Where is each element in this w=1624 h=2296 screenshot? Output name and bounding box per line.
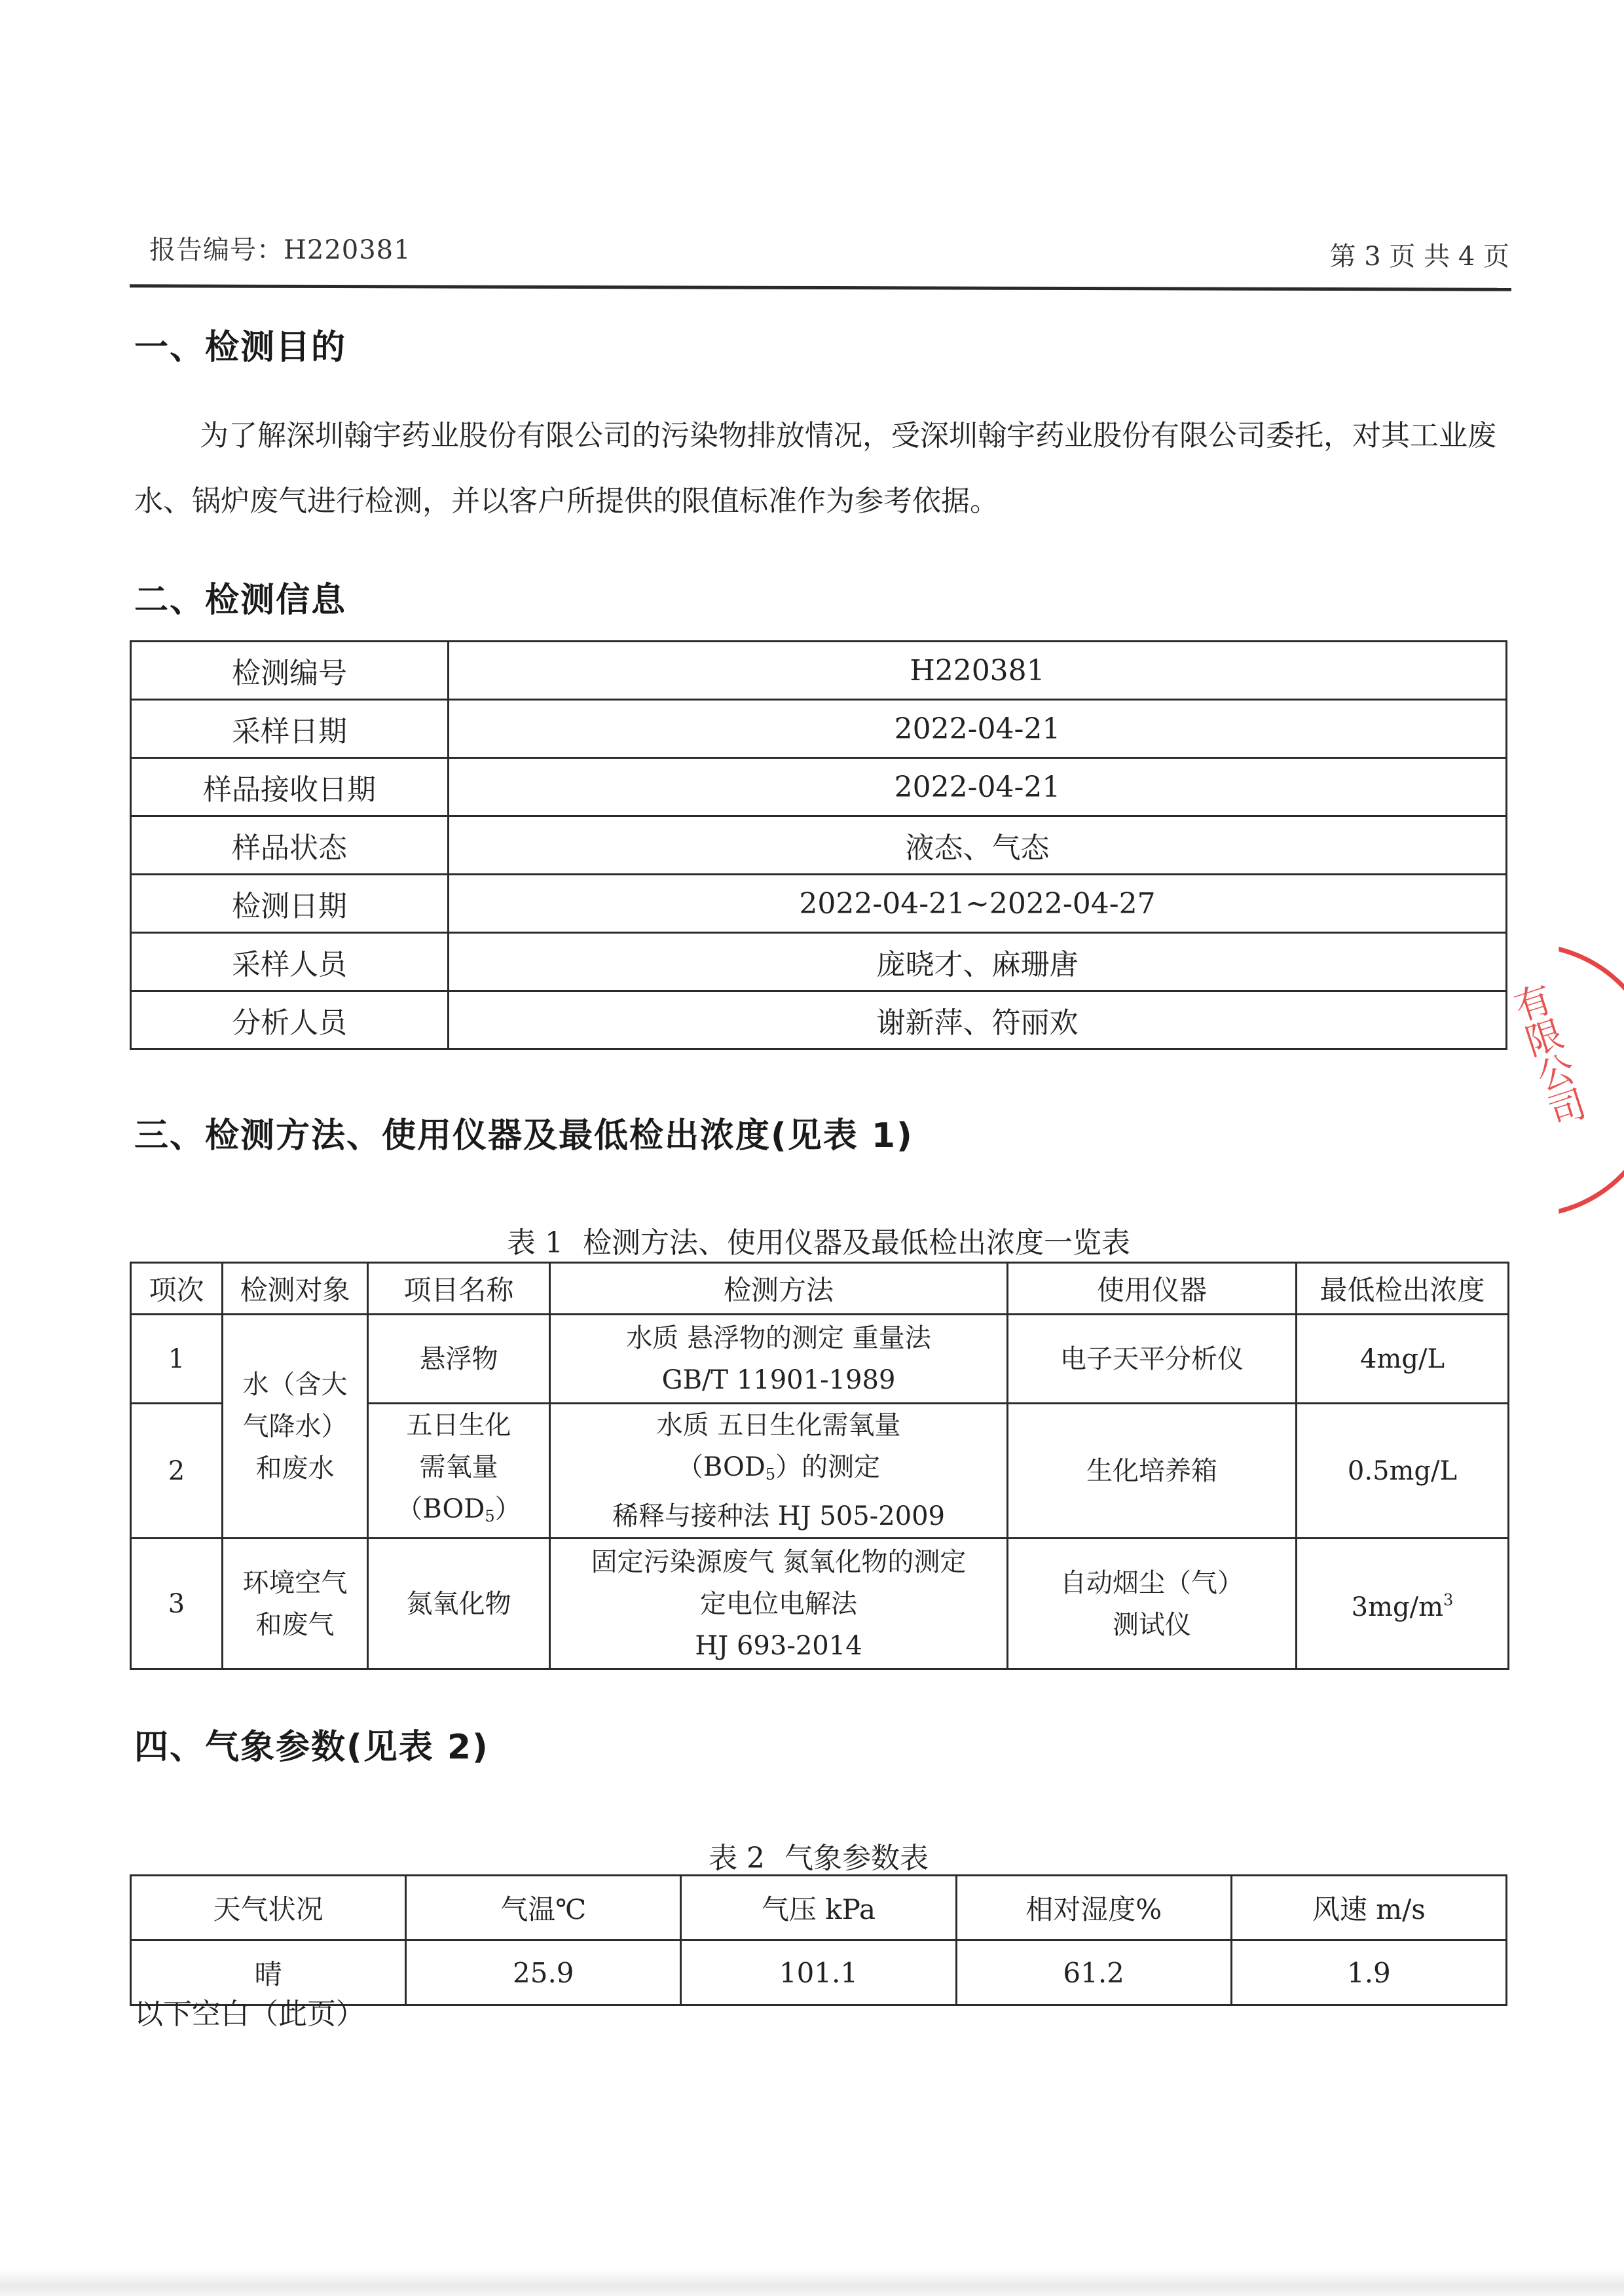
scan-page-edge xyxy=(0,2270,1624,2296)
info-label: 检测日期 xyxy=(131,875,449,933)
purpose-paragraph: 为了解深圳翰宇药业股份有限公司的污染物排放情况，受深圳翰宇药业股份有限公司委托，… xyxy=(134,403,1509,534)
row-object: 环境空气 和废气 xyxy=(223,1539,368,1669)
table2-caption-number: 表 2 xyxy=(709,1842,765,1875)
info-value: 2022-04-21~2022-04-27 xyxy=(449,875,1507,933)
table-row: 3 环境空气 和废气 氮氧化物 固定污染源废气 氮氧化物的测定 定电位电解法 H… xyxy=(131,1539,1509,1669)
table1-caption-number: 表 1 xyxy=(507,1226,563,1260)
method-line: 固定污染源废气 氮氧化物的测定 xyxy=(555,1541,1003,1583)
section-title-methods: 三、检测方法、使用仪器及最低检出浓度(见表 1) xyxy=(134,1108,913,1157)
subscript: 5 xyxy=(766,1465,775,1484)
method-line: 定电位电解法 xyxy=(555,1583,1003,1625)
table1-caption: 表 1检测方法、使用仪器及最低检出浓度一览表 xyxy=(130,1219,1507,1261)
item-line: 五日生化 xyxy=(373,1404,545,1446)
info-value: 液态、气态 xyxy=(449,816,1507,875)
item-line: 氮氧化物 xyxy=(373,1583,545,1625)
method-line: 水质 五日生化需氧量 xyxy=(555,1404,1003,1446)
table-row: 检测日期2022-04-21~2022-04-27 xyxy=(131,875,1507,933)
object-line: 环境空气 xyxy=(227,1562,363,1604)
method-line: 水质 悬浮物的测定 重量法 xyxy=(555,1317,1003,1359)
info-value: 2022-04-21 xyxy=(449,700,1507,758)
purpose-text: 为了解深圳翰宇药业股份有限公司的污染物排放情况，受深圳翰宇药业股份有限公司委托，… xyxy=(134,419,1496,518)
table-header-row: 项次 检测对象 项目名称 检测方法 使用仪器 最低检出浓度 xyxy=(131,1263,1509,1315)
table-row: 样品状态液态、气态 xyxy=(131,816,1507,875)
blank-below-note: 以下空白（此页） xyxy=(134,1990,365,2032)
row-object: 水（含大 气降水） 和废水 xyxy=(223,1315,368,1539)
col-header-item: 项目名称 xyxy=(368,1263,550,1315)
method-text: ）的测定 xyxy=(775,1452,880,1482)
info-value: 谢新萍、符丽欢 xyxy=(449,991,1507,1049)
weather-table: 天气状况 气温℃ 气压 kPa 相对湿度% 风速 m/s 晴 25.9 101.… xyxy=(130,1874,1507,2006)
table-row: 样品接收日期2022-04-21 xyxy=(131,758,1507,816)
instrument-line: 测试仪 xyxy=(1012,1604,1291,1646)
subscript: 5 xyxy=(485,1507,494,1525)
row-lod: 3mg/m3 xyxy=(1297,1539,1509,1669)
section-title-weather: 四、气象参数(见表 2) xyxy=(134,1719,489,1768)
row-no: 1 xyxy=(131,1315,223,1404)
row-item: 五日生化 需氧量 （BOD5） xyxy=(368,1404,550,1539)
object-line: 和废气 xyxy=(227,1604,363,1646)
instrument-line: 自动烟尘（气） xyxy=(1012,1562,1291,1604)
table1-caption-text: 检测方法、使用仪器及最低检出浓度一览表 xyxy=(583,1226,1130,1260)
row-method: 水质 悬浮物的测定 重量法 GB/T 11901-1989 xyxy=(550,1315,1008,1404)
row-lod: 4mg/L xyxy=(1297,1315,1509,1404)
lod-text: 3mg/m xyxy=(1352,1592,1443,1622)
table2-caption: 表 2气象参数表 xyxy=(130,1834,1507,1876)
item-line: （BOD5） xyxy=(373,1488,545,1537)
page-indicator: 第 3 页 共 4 页 xyxy=(1330,236,1509,273)
info-label: 分析人员 xyxy=(131,991,449,1049)
col-header-lod: 最低检出浓度 xyxy=(1297,1263,1509,1315)
row-no: 2 xyxy=(131,1404,223,1539)
report-number-label: 报告编号： xyxy=(149,235,284,265)
table-row: 检测编号H220381 xyxy=(131,642,1507,700)
methods-table: 项次 检测对象 项目名称 检测方法 使用仪器 最低检出浓度 1 水（含大 气降水… xyxy=(130,1262,1509,1670)
wind-value: 1.9 xyxy=(1231,1941,1506,2005)
report-number-value: H220381 xyxy=(284,235,411,265)
section-title-purpose: 一、检测目的 xyxy=(134,319,346,369)
method-text: （BOD xyxy=(677,1452,766,1482)
col-header-pressure: 气压 kPa xyxy=(681,1876,956,1941)
object-line: 水（含大 xyxy=(227,1364,363,1406)
row-no: 3 xyxy=(131,1539,223,1669)
pressure-value: 101.1 xyxy=(681,1941,956,2005)
col-header-object: 检测对象 xyxy=(223,1263,368,1315)
row-item: 氮氧化物 xyxy=(368,1539,550,1669)
table2-caption-text: 气象参数表 xyxy=(784,1842,929,1875)
col-header-method: 检测方法 xyxy=(550,1263,1008,1315)
col-header-instrument: 使用仪器 xyxy=(1008,1263,1297,1315)
method-line: HJ 693-2014 xyxy=(555,1625,1003,1667)
item-text: （BOD xyxy=(396,1494,485,1524)
object-line: 气降水） xyxy=(227,1406,363,1448)
col-header-wind: 风速 m/s xyxy=(1231,1876,1506,1941)
method-line: 稀释与接种法 HJ 505-2009 xyxy=(555,1495,1003,1537)
item-text: ） xyxy=(495,1494,521,1524)
method-line: GB/T 11901-1989 xyxy=(555,1359,1003,1401)
info-label: 检测编号 xyxy=(131,642,449,700)
col-header-weather: 天气状况 xyxy=(131,1876,406,1941)
table-row: 采样日期2022-04-21 xyxy=(131,700,1507,758)
temperature-value: 25.9 xyxy=(406,1941,681,2005)
table-header-row: 天气状况 气温℃ 气压 kPa 相对湿度% 风速 m/s xyxy=(131,1876,1507,1941)
info-label: 采样人员 xyxy=(131,933,449,991)
humidity-value: 61.2 xyxy=(956,1941,1231,2005)
row-method: 水质 五日生化需氧量 （BOD5）的测定 稀释与接种法 HJ 505-2009 xyxy=(550,1404,1008,1539)
item-line: 需氧量 xyxy=(373,1446,545,1488)
info-table: 检测编号H220381 采样日期2022-04-21 样品接收日期2022-04… xyxy=(130,640,1507,1050)
item-line: 悬浮物 xyxy=(373,1338,545,1380)
table-row: 分析人员谢新萍、符丽欢 xyxy=(131,991,1507,1049)
superscript: 3 xyxy=(1443,1591,1453,1609)
row-item: 悬浮物 xyxy=(368,1315,550,1404)
report-number: 报告编号：H220381 xyxy=(149,229,411,266)
info-label: 样品状态 xyxy=(131,816,449,875)
col-header-no: 项次 xyxy=(131,1263,223,1315)
row-lod: 0.5mg/L xyxy=(1297,1404,1509,1539)
row-instrument: 自动烟尘（气） 测试仪 xyxy=(1008,1539,1297,1669)
header-divider xyxy=(130,284,1511,291)
info-label: 采样日期 xyxy=(131,700,449,758)
col-header-temperature: 气温℃ xyxy=(406,1876,681,1941)
method-line: （BOD5）的测定 xyxy=(555,1446,1003,1495)
section-title-info: 二、检测信息 xyxy=(134,572,346,621)
row-method: 固定污染源废气 氮氧化物的测定 定电位电解法 HJ 693-2014 xyxy=(550,1539,1008,1669)
row-instrument: 生化培养箱 xyxy=(1008,1404,1297,1539)
info-label: 样品接收日期 xyxy=(131,758,449,816)
object-line: 和废水 xyxy=(227,1448,363,1489)
row-instrument: 电子天平分析仪 xyxy=(1008,1315,1297,1404)
table-row: 1 水（含大 气降水） 和废水 悬浮物 水质 悬浮物的测定 重量法 GB/T 1… xyxy=(131,1315,1509,1404)
info-value: 庞晓才、麻珊唐 xyxy=(449,933,1507,991)
col-header-humidity: 相对湿度% xyxy=(956,1876,1231,1941)
info-value: H220381 xyxy=(449,642,1507,700)
info-value: 2022-04-21 xyxy=(449,758,1507,816)
table-row: 采样人员庞晓才、麻珊唐 xyxy=(131,933,1507,991)
